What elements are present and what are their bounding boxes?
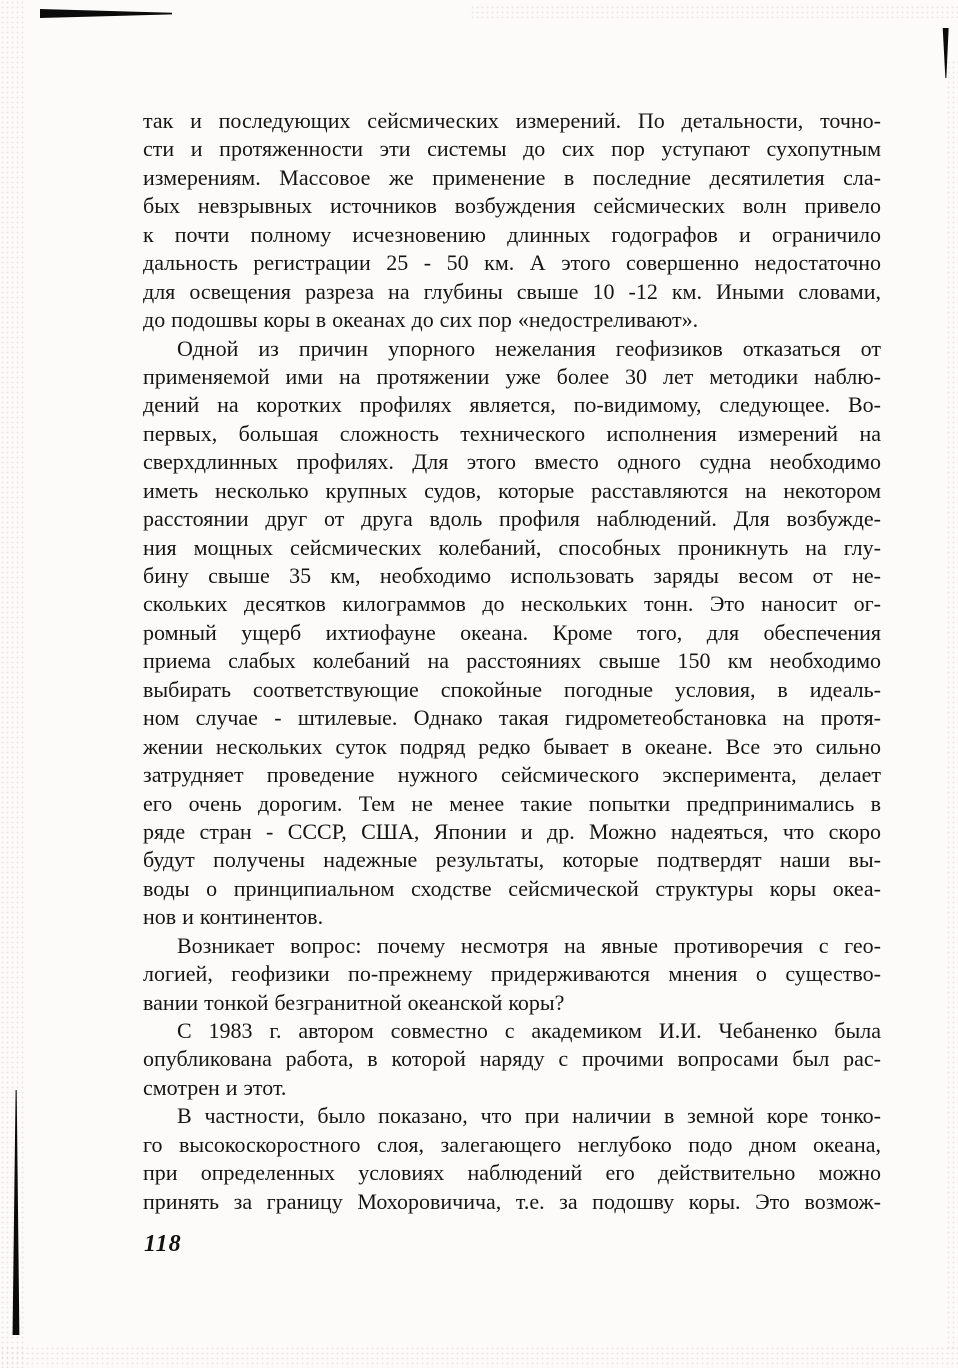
text-line: бых невзрывных источников возбуждения се… <box>143 192 881 220</box>
scan-artifact-top-right-mark <box>942 28 949 78</box>
text-line: так и последующих сейсмических измерений… <box>143 107 881 135</box>
text-line: применяемой ими на протяжении уже более … <box>143 363 881 391</box>
text-line: до подошвы коры в океанах до сих пор «не… <box>143 306 881 334</box>
text-line: го высокоскоростного слоя, залегающего н… <box>143 1131 881 1159</box>
scan-artifact-top-left-streak <box>40 9 172 18</box>
halftone-texture-right-edge <box>946 60 958 1350</box>
text-line: жении нескольких суток подряд редко быва… <box>143 733 881 761</box>
text-line: первых, большая сложность технического и… <box>143 420 881 448</box>
text-line: С 1983 г. автором совместно с академиком… <box>143 1017 881 1045</box>
scanned-book-page: так и последующих сейсмических измерений… <box>0 0 958 1368</box>
paragraph: С 1983 г. автором совместно с академиком… <box>143 1017 881 1102</box>
text-line: скольких десятков килограммов до несколь… <box>143 590 881 618</box>
text-line: логией, геофизики по-прежнему придержива… <box>143 960 881 988</box>
text-line: вании тонкой безгранитной океанской коры… <box>143 989 881 1017</box>
halftone-texture-bottom-edge <box>0 1346 958 1368</box>
text-line: дений на коротких профилях является, по-… <box>143 391 881 419</box>
text-line: затрудняет проведение нужного сейсмическ… <box>143 761 881 789</box>
page-number: 118 <box>144 1231 182 1258</box>
paragraph: Возникает вопрос: почему несмотря на явн… <box>143 932 881 1017</box>
text-line: при определенных условиях наблюдений его… <box>143 1159 881 1187</box>
text-line: иметь несколько крупных судов, которые р… <box>143 477 881 505</box>
text-line: расстоянии друг от друга вдоль профиля н… <box>143 505 881 533</box>
text-line: бину свыше 35 км, необходимо использоват… <box>143 562 881 590</box>
text-line: Одной из причин упорного нежелания геофи… <box>143 335 881 363</box>
text-line: к почти полному исчезновению длинных год… <box>143 221 881 249</box>
text-line: ромный ущерб ихтиофауне океана. Кроме то… <box>143 619 881 647</box>
paragraph: так и последующих сейсмических измерений… <box>143 107 881 335</box>
text-line: выбирать соответствующие спокойные погод… <box>143 676 881 704</box>
text-line: ния мощных сейсмических колебаний, спосо… <box>143 534 881 562</box>
text-line: нов и континентов. <box>143 903 881 931</box>
halftone-texture-top-edge <box>470 5 958 18</box>
text-line: измерениям. Массовое же применение в пос… <box>143 164 881 192</box>
text-line: сти и протяженности эти системы до сих п… <box>143 135 881 163</box>
scan-artifact-bottom-left-line <box>12 1090 21 1335</box>
text-line: принять за границу Мохоровичича, т.е. за… <box>143 1188 881 1216</box>
page-text-block: так и последующих сейсмических измерений… <box>143 107 881 1216</box>
text-line: Возникает вопрос: почему несмотря на явн… <box>143 932 881 960</box>
text-line: будут получены надежные результаты, кото… <box>143 846 881 874</box>
text-line: смотрен и этот. <box>143 1074 881 1102</box>
text-line: приема слабых колебаний на расстояниях с… <box>143 647 881 675</box>
text-line: его очень дорогим. Тем не менее такие по… <box>143 790 881 818</box>
text-line: дальность регистрации 25 - 50 км. А этог… <box>143 249 881 277</box>
text-line: ряде стран - СССР, США, Японии и др. Мож… <box>143 818 881 846</box>
halftone-texture-left-edge <box>0 0 26 1368</box>
text-line: опубликована работа, в которой наряду с … <box>143 1045 881 1073</box>
text-line: воды о принципиальном сходстве сейсмичес… <box>143 875 881 903</box>
paragraph: Одной из причин упорного нежелания геофи… <box>143 335 881 932</box>
text-line: ном случае - штилевые. Однако такая гидр… <box>143 704 881 732</box>
text-line: В частности, было показано, что при нали… <box>143 1102 881 1130</box>
text-line: сверхдлинных профилях. Для этого вместо … <box>143 448 881 476</box>
paragraph: В частности, было показано, что при нали… <box>143 1102 881 1216</box>
text-line: для освещения разреза на глубины свыше 1… <box>143 278 881 306</box>
